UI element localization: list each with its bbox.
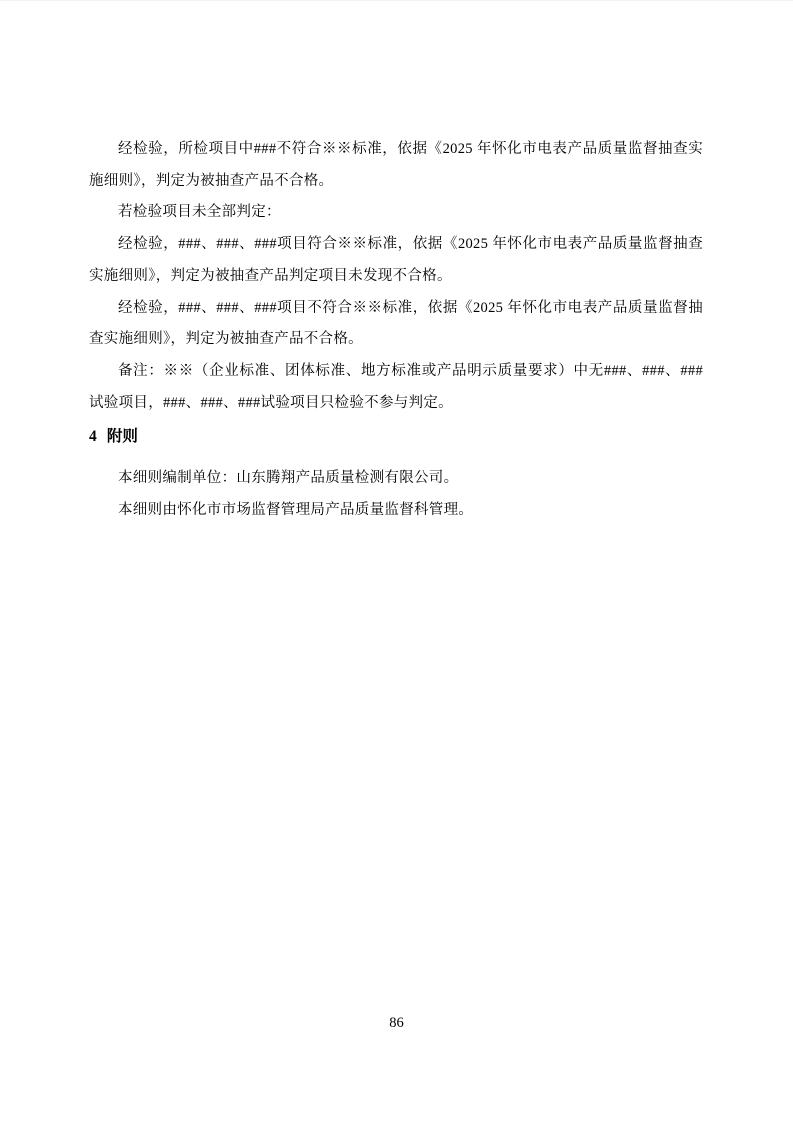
paragraph-fail-all-judged: 经检验，所检项目中###不符合※※标准，依据《2025 年怀化市电表产品质量监督… xyxy=(89,134,703,197)
paragraph-partial-fail: 经检验，###、###、###项目不符合※※标准，依据《2025 年怀化市电表产… xyxy=(89,293,703,356)
paragraph-compiled-by: 本细则编制单位：山东腾翔产品质量检测有限公司。 xyxy=(89,463,703,495)
section-heading-title: 附则 xyxy=(107,428,138,445)
paragraph-managed-by: 本细则由怀化市市场监督管理局产品质量监督科管理。 xyxy=(89,495,703,527)
section-heading-number: 4 xyxy=(89,428,97,445)
page-number: 86 xyxy=(0,1013,793,1033)
paragraph-remark: 备注：※※（企业标准、团体标准、地方标准或产品明示质量要求）中无###、###、… xyxy=(89,356,703,419)
paragraph-partial-pass: 经检验，###、###、###项目符合※※标准，依据《2025 年怀化市电表产品… xyxy=(89,229,703,292)
document-body: 经检验，所检项目中###不符合※※标准，依据《2025 年怀化市电表产品质量监督… xyxy=(89,134,703,526)
paragraph-partial-judged-intro: 若检验项目未全部判定： xyxy=(89,197,703,229)
section-heading-supplementary: 4附则 xyxy=(89,421,703,453)
document-page: 经检验，所检项目中###不符合※※标准，依据《2025 年怀化市电表产品质量监督… xyxy=(0,0,793,1122)
